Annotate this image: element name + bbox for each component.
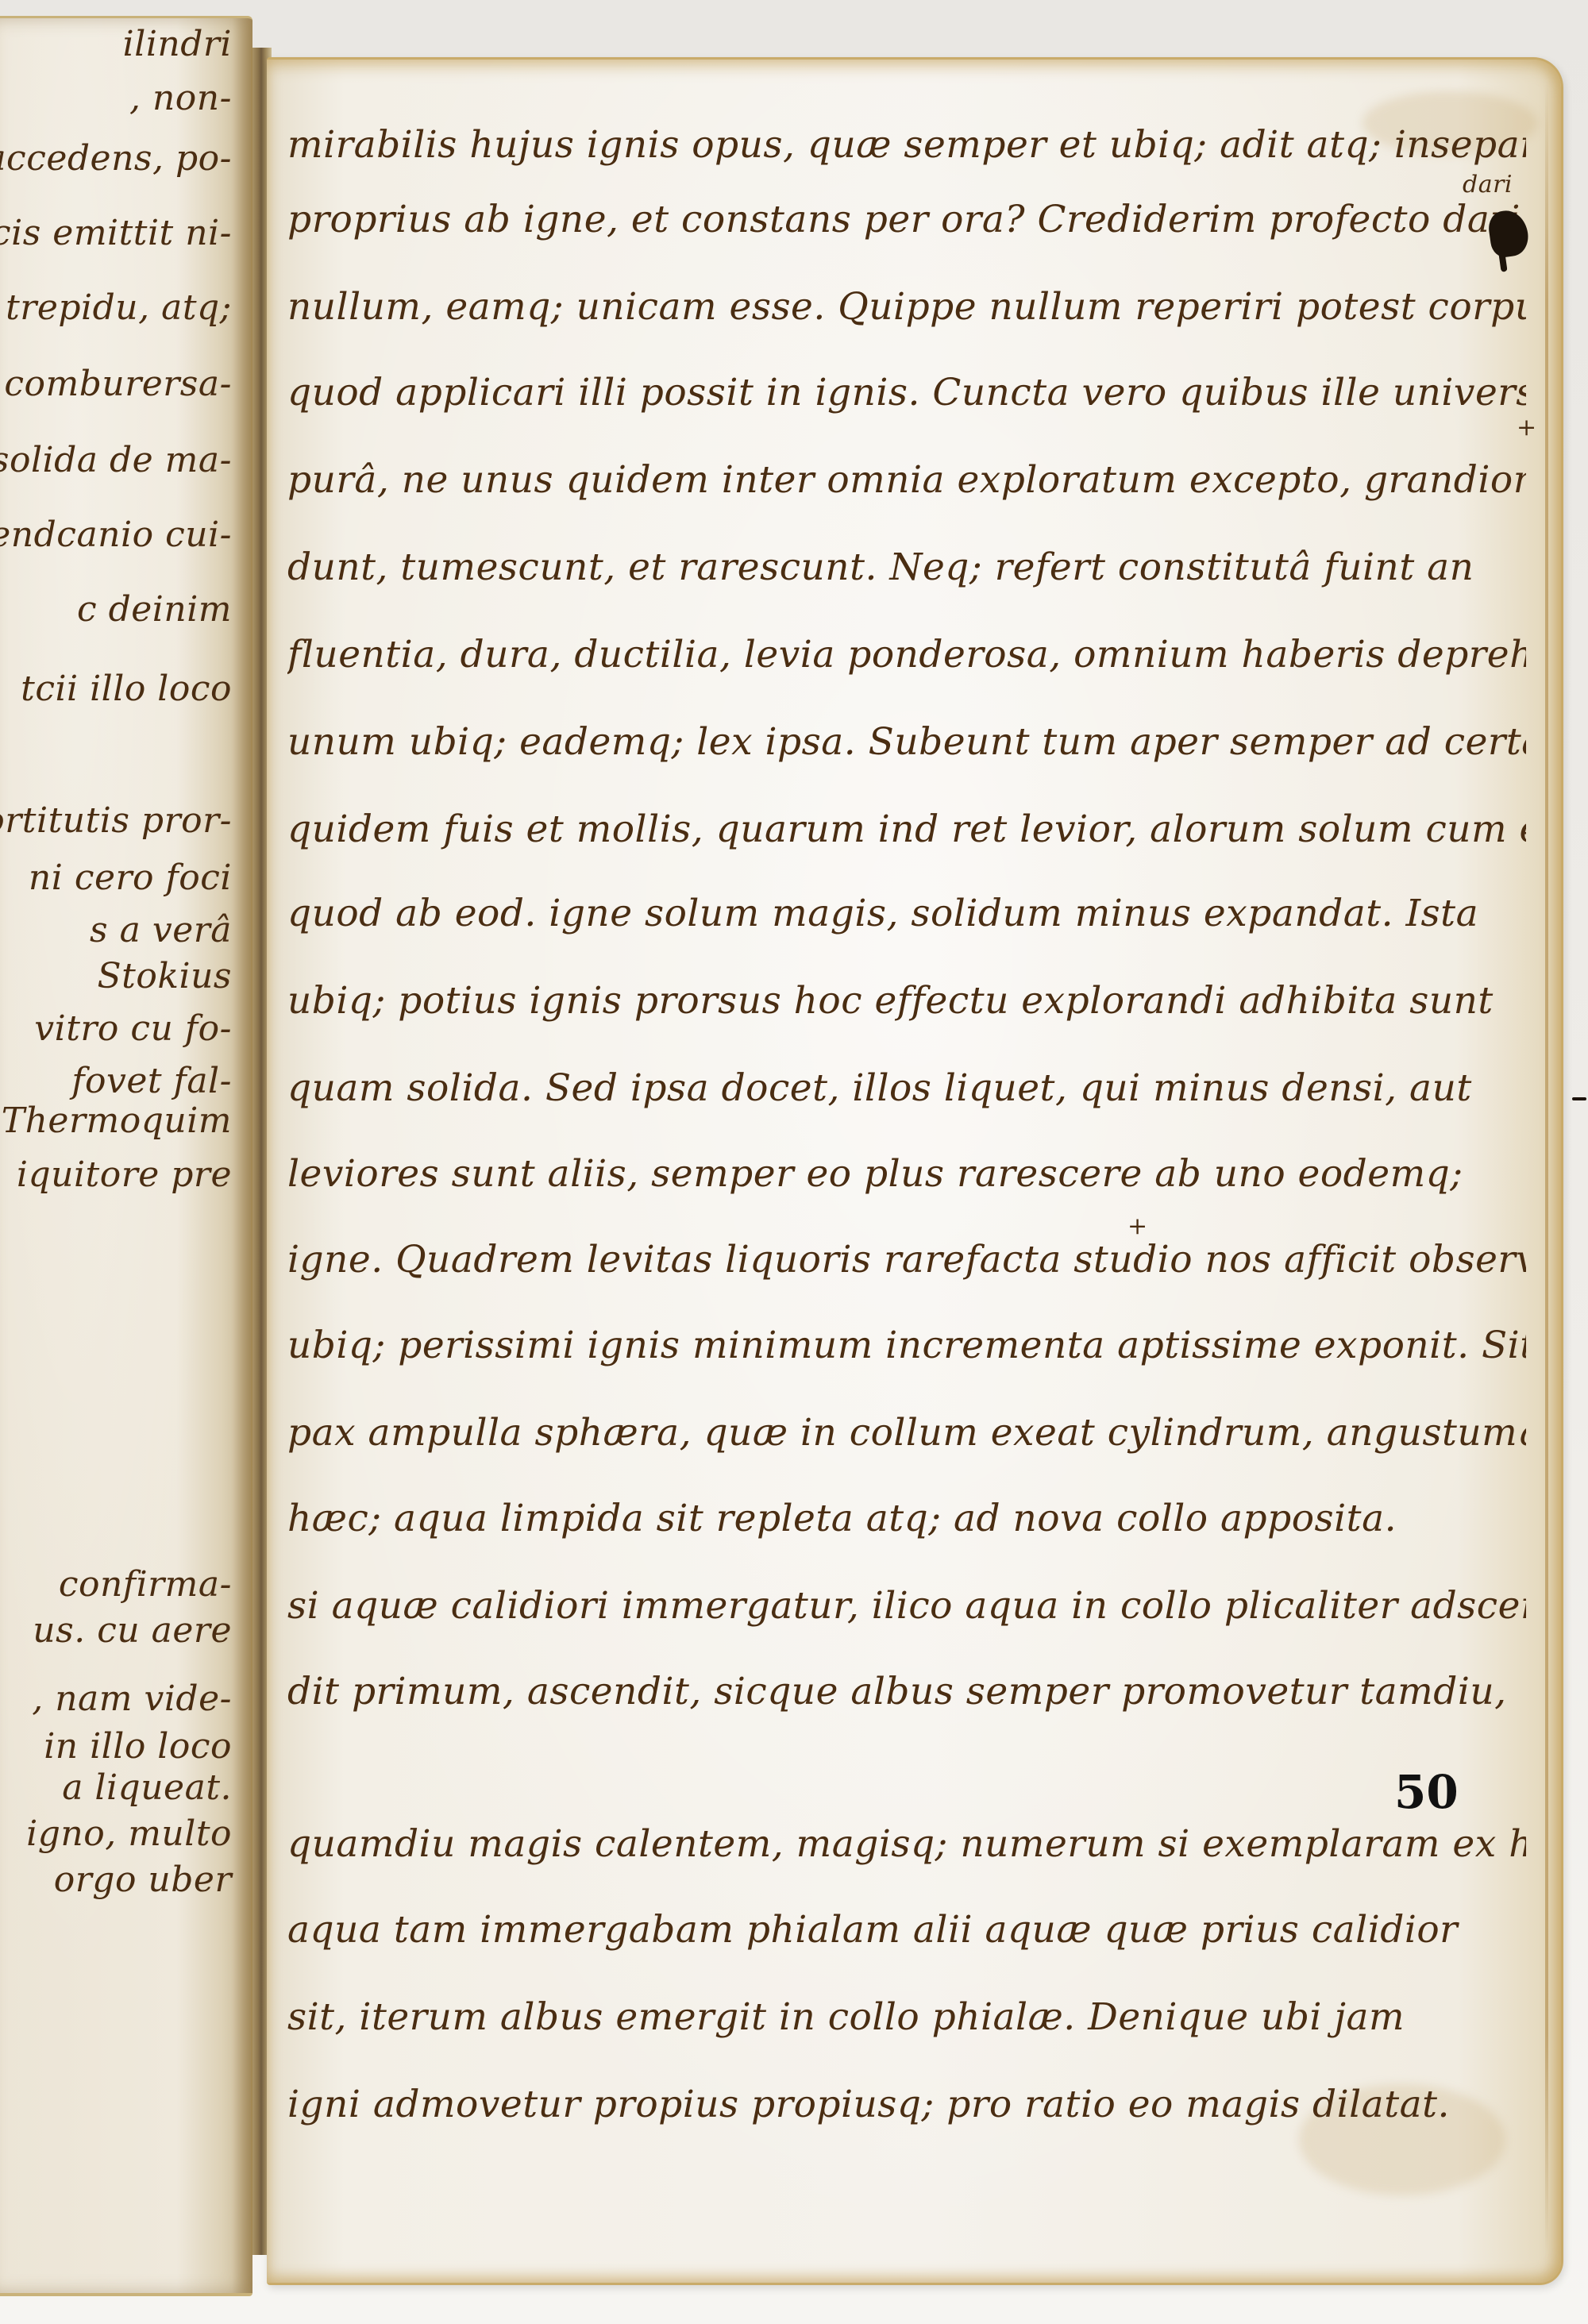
right-line: quidem fuis et mollis, quarum ind ret le… [287, 806, 1526, 854]
left-line: trepidu, atq; [6, 288, 232, 328]
right-line: proprius ab igne, et constans per ora? C… [287, 196, 1526, 244]
left-line: fortitutis pror- [0, 801, 232, 841]
right-line: ubiq; perissimi ignis minimum incrementa… [287, 1322, 1526, 1370]
left-line: vitro cu fo- [34, 1009, 232, 1049]
left-line: Thermoquim [2, 1101, 232, 1141]
right-line: mirabilis hujus ignis opus, quæ semper e… [287, 121, 1526, 169]
right-line: purâ, ne unus quidem inter omnia explora… [287, 457, 1526, 504]
left-line: tcii illo loco [21, 669, 232, 709]
left-page-text: ilindri , non- accedens, po- cis emittit… [0, 18, 252, 2293]
right-line: dit primum, ascendit, sicque albus sempe… [287, 1668, 1526, 1716]
left-line: Stokius [98, 957, 232, 996]
right-line: quamdiu magis calentem, magisq; numerum … [287, 1821, 1526, 1868]
right-line: unum ubiq; eademq; lex ipsa. Subeunt tum… [287, 719, 1526, 766]
right-line: quod applicari illi possit in ignis. Cun… [287, 369, 1526, 417]
right-line: si aquæ calidiori immergatur, ilico aqua… [287, 1582, 1526, 1630]
right-line: sit, iterum albus emergit in collo phial… [287, 1994, 1526, 2041]
right-line: dunt, tumescunt, et rarescunt. Neq; refe… [287, 544, 1526, 592]
left-line: a liqueat. [62, 1768, 232, 1808]
left-line: , non- [129, 79, 232, 118]
margin-mark [1572, 1097, 1586, 1100]
interlinear-note: dari [1463, 171, 1513, 198]
left-line: cis emittit ni- [0, 214, 232, 253]
right-line: fluentia, dura, ductilia, levia ponderos… [287, 631, 1526, 679]
left-line: fovet fal- [71, 1062, 232, 1101]
left-line: s a verâ [90, 911, 232, 950]
left-line: orgo uber [54, 1860, 232, 1900]
right-line: aqua tam immergabam phialam alii aquæ qu… [287, 1906, 1526, 1954]
right-line: nullum, eamq; unicam esse. Quippe nullum… [287, 283, 1526, 331]
left-line: , nam vide- [32, 1679, 232, 1719]
right-line: hæc; aqua limpida sit repleta atq; ad no… [287, 1495, 1526, 1543]
left-line: iquitore pre [17, 1155, 232, 1195]
left-line: ni cero foci [29, 858, 232, 898]
left-page: ilindri , non- accedens, po- cis emittit… [0, 16, 252, 2296]
right-page: mirabilis hujus ignis opus, quæ semper e… [267, 57, 1563, 2285]
left-line: accedens, po- [0, 139, 232, 179]
right-line: pax ampulla sphæra, quæ in collum exeat … [287, 1409, 1526, 1457]
left-line: in illo loco [44, 1727, 232, 1767]
left-line: ilindri [123, 25, 232, 64]
right-line: quam solida. Sed ipsa docet, illos lique… [287, 1065, 1526, 1112]
left-line: solida de ma- [0, 441, 232, 480]
left-line: comburersa- [4, 364, 232, 404]
left-line: confirma- [59, 1565, 232, 1605]
insertion-mark: + [1127, 1212, 1148, 1240]
manuscript-photo: ilindri , non- accedens, po- cis emittit… [0, 0, 1588, 2324]
left-line: us. cu aere [33, 1611, 232, 1651]
right-line: leviores sunt aliis, semper eo plus rare… [287, 1150, 1526, 1198]
left-line: igno, multo [26, 1814, 232, 1854]
left-line: endcanio cui- [0, 515, 232, 555]
right-line: igni admovetur propius propiusq; pro rat… [287, 2081, 1526, 2129]
left-line: c deinim [77, 590, 232, 630]
right-line: igne. Quadrem levitas liquoris rarefacta… [287, 1236, 1526, 1284]
right-page-text: mirabilis hujus ignis opus, quæ semper e… [267, 60, 1561, 2283]
right-line: quod ab eod. igne solum magis, solidum m… [287, 890, 1526, 938]
insertion-mark: + [1517, 414, 1537, 441]
right-line: ubiq; potius ignis prorsus hoc effectu e… [287, 977, 1526, 1025]
folio-number: 50 [1394, 1765, 1459, 1819]
